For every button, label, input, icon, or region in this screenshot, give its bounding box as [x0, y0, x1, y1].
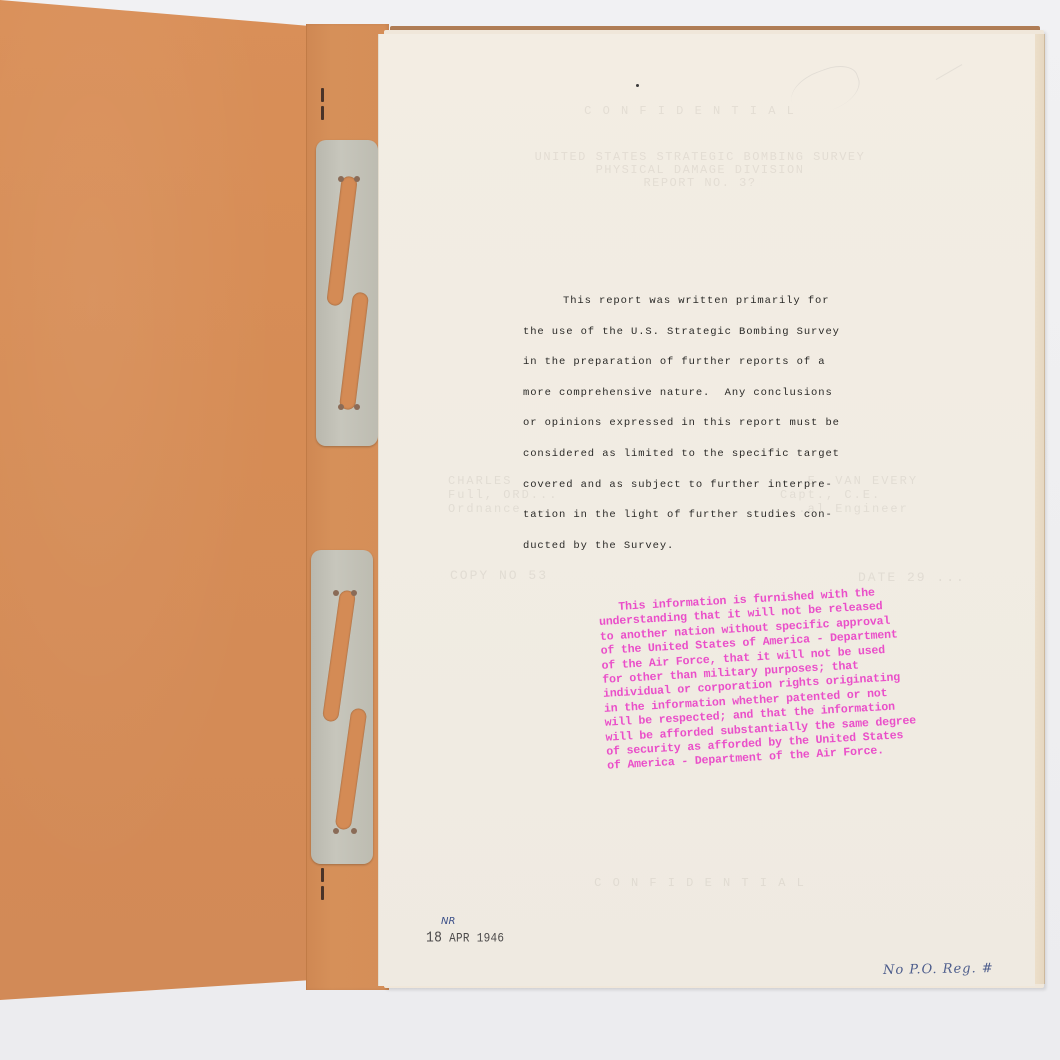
disclaimer-line: or opinions expressed in this report mus…: [523, 414, 863, 445]
fastener-slot: [335, 707, 368, 830]
fastener-slot: [322, 590, 356, 723]
show-through-title-2: PHYSICAL DAMAGE DIVISION: [560, 163, 840, 177]
rivet-icon: [338, 176, 344, 182]
show-through-classification-bottom: C O N F I D E N T I A L: [580, 876, 820, 890]
disclaimer-line: in the preparation of further reports of…: [523, 353, 863, 384]
show-through-copy-number: COPY NO 53: [450, 568, 548, 583]
rivet-icon: [354, 176, 360, 182]
rivet-icon: [354, 404, 360, 410]
stitch-mark: [321, 886, 324, 900]
stitch-mark: [321, 868, 324, 882]
rivet-icon: [351, 828, 357, 834]
disclaimer-line: ducted by the Survey.: [523, 537, 863, 568]
disclaimer-line: considered as limited to the specific ta…: [523, 445, 863, 476]
rivet-icon: [351, 590, 357, 596]
folder-front-cover: [0, 0, 312, 1000]
disclaimer-paragraph: This report was written primarily for th…: [523, 292, 863, 567]
rivet-icon: [333, 590, 339, 596]
disclaimer-line: tation in the light of further studies c…: [523, 506, 863, 537]
date-month-year: APR 1946: [449, 932, 504, 946]
document-photo: C O N F I D E N T I A L UNITED STATES ST…: [0, 0, 1060, 1060]
fastener-slot: [339, 291, 369, 410]
disclaimer-line: This report was written primarily for: [523, 292, 863, 323]
fastener-slot: [326, 176, 358, 307]
disclaimer-line: covered and as subject to further interp…: [523, 476, 863, 507]
show-through-title-3: REPORT NO. 3?: [600, 176, 800, 190]
disclaimer-line: more comprehensive nature. Any conclusio…: [523, 384, 863, 415]
release-restriction-stamp: This information is furnished with the u…: [598, 582, 967, 775]
binder-fastener-bottom: [311, 550, 373, 864]
binder-fastener-top: [316, 140, 378, 446]
ink-dot: [636, 84, 639, 87]
disclaimer-line: the use of the U.S. Strategic Bombing Su…: [523, 323, 863, 354]
stitch-mark: [321, 106, 324, 120]
rivet-icon: [338, 404, 344, 410]
handwritten-initials: NR: [441, 916, 455, 927]
stitch-mark: [321, 88, 324, 102]
handwritten-note: No P.O. Reg. #: [883, 961, 994, 978]
rivet-icon: [333, 828, 339, 834]
show-through-classification-top: C O N F I D E N T I A L: [560, 104, 820, 118]
received-date-stamp: 18 APR 1946: [426, 929, 504, 946]
show-through-title-1: UNITED STATES STRATEGIC BOMBING SURVEY: [520, 150, 880, 164]
date-day: 18: [426, 929, 442, 946]
